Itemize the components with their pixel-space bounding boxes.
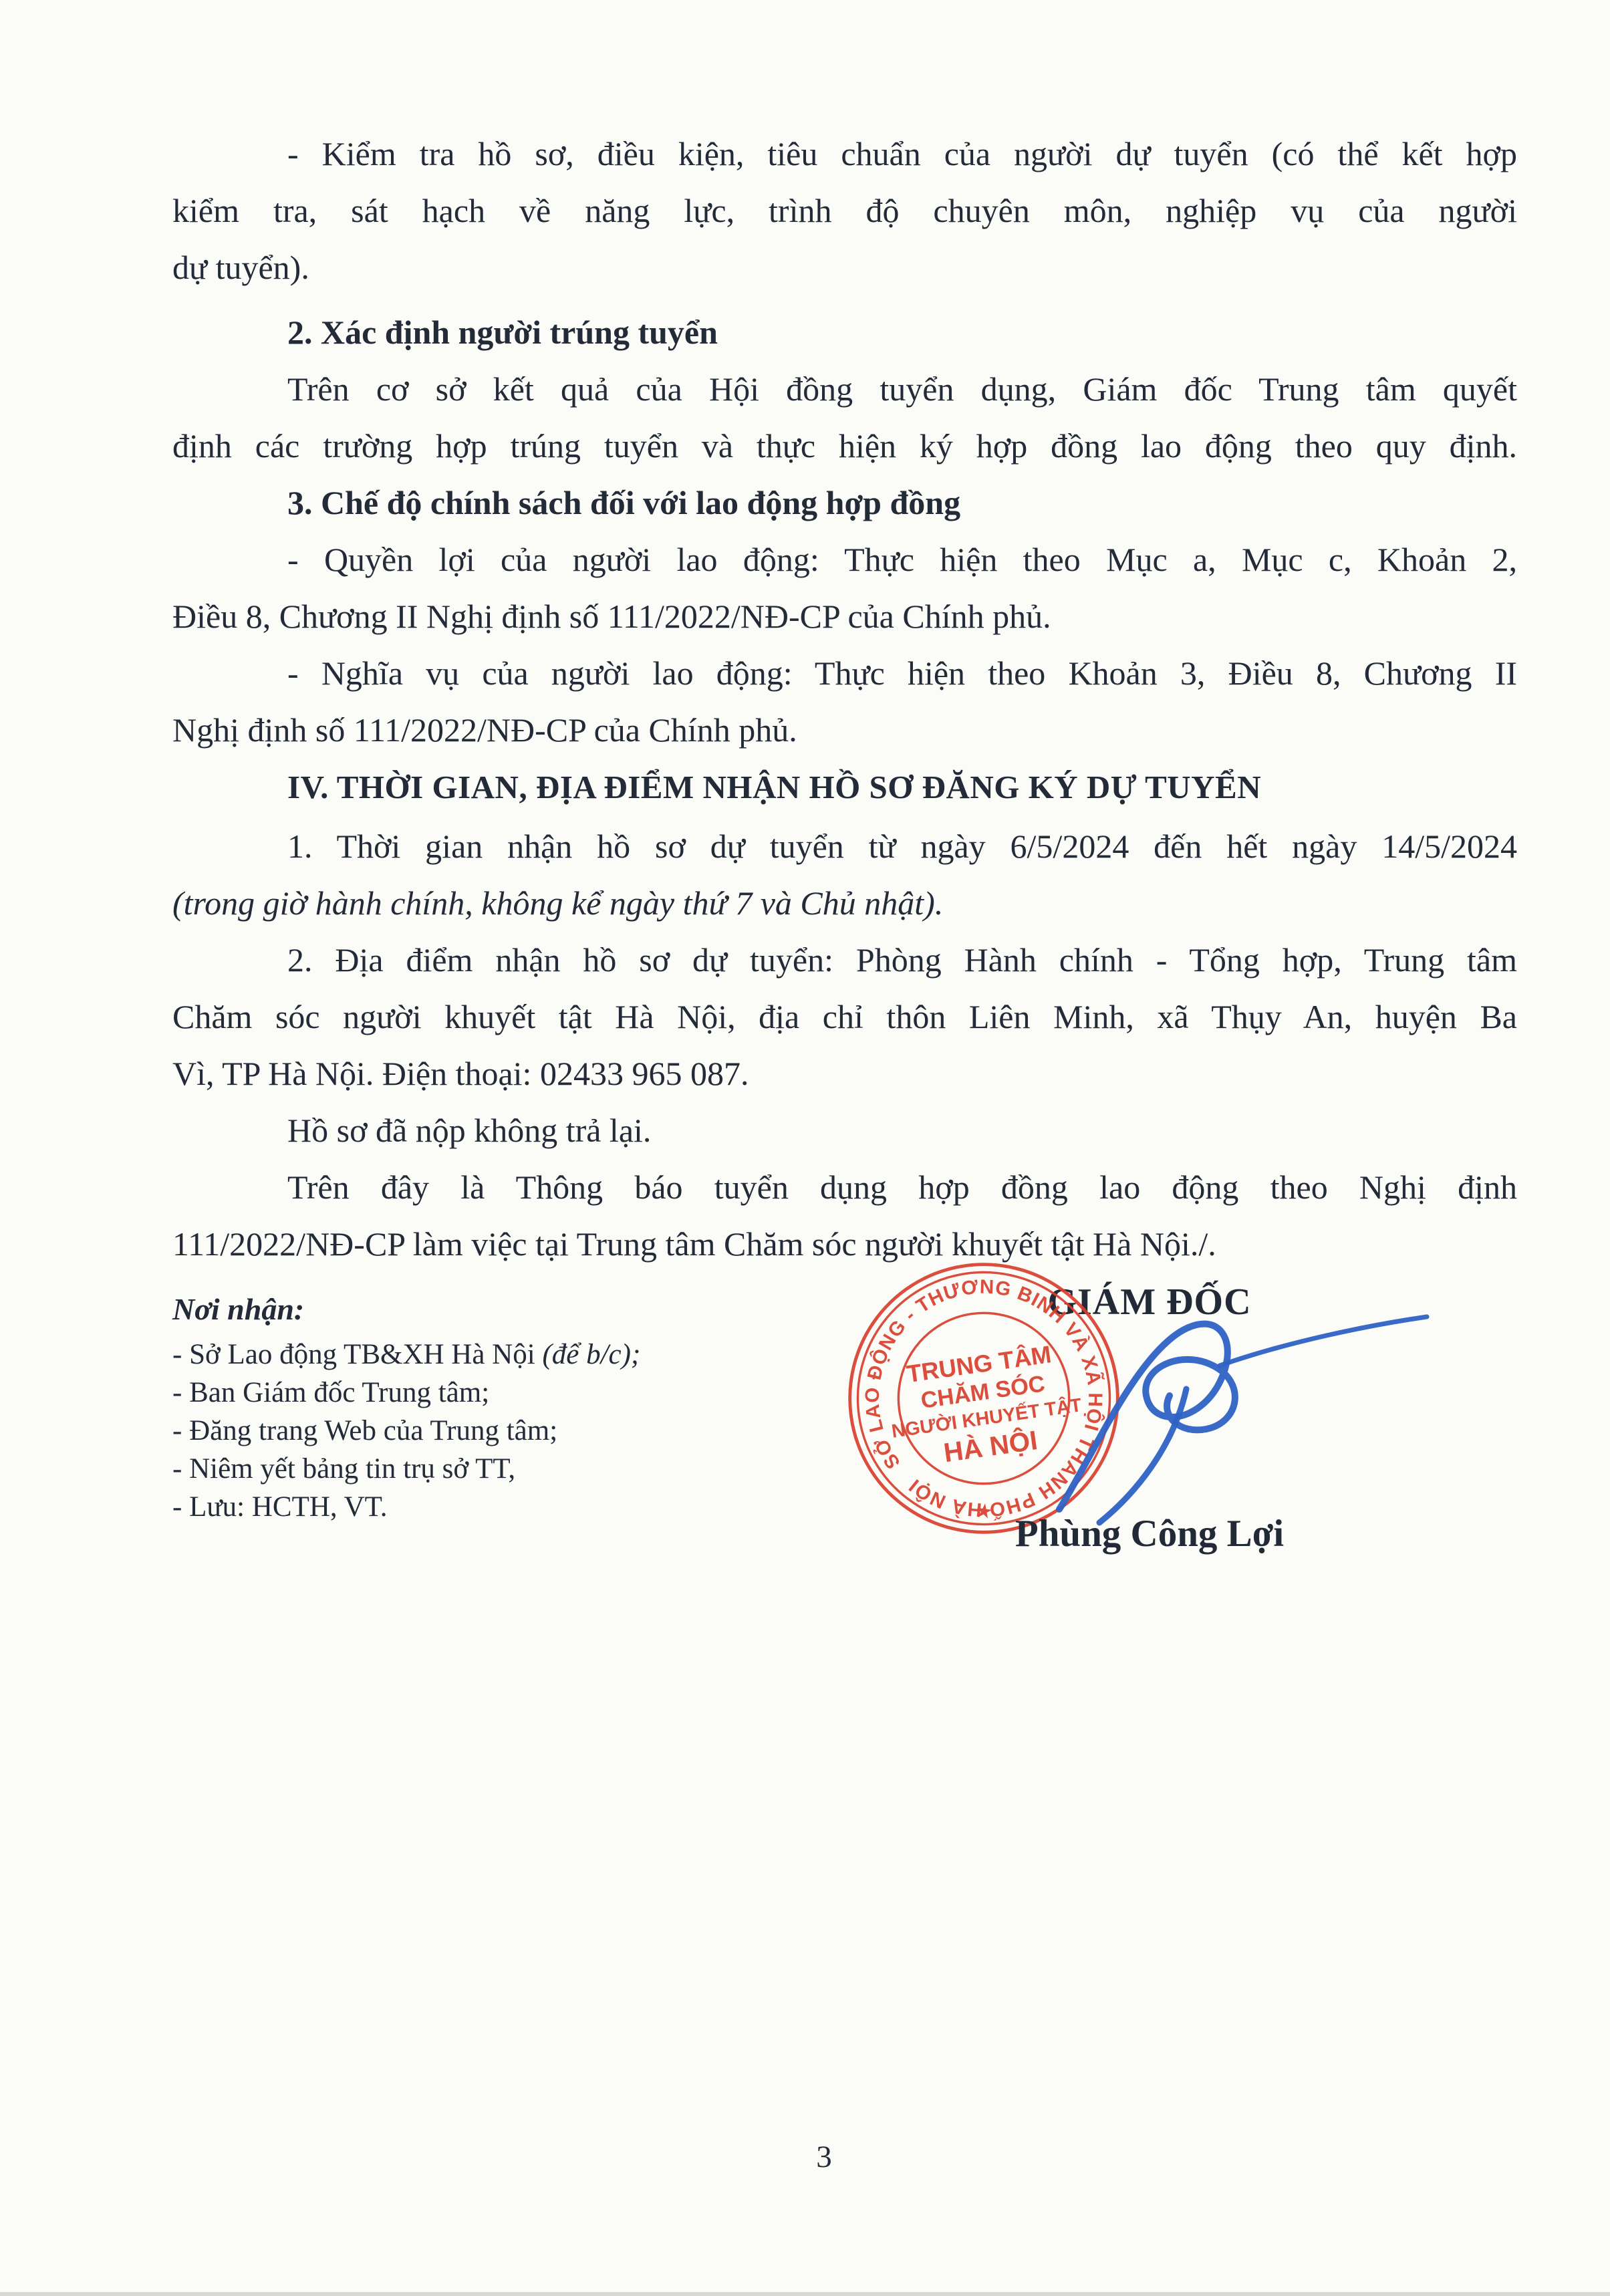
signature-stroke-main bbox=[1059, 1324, 1235, 1509]
page-number: 3 bbox=[757, 2139, 891, 2175]
paragraph-location: 2. Địa điểm nhận hồ sơ dự tuyển: Phòng H… bbox=[172, 932, 1517, 1102]
heading-line: 3. Chế độ chính sách đối với lao động hợ… bbox=[172, 475, 1517, 531]
recipient-item: - Sở Lao động TB&XH Hà Nội (để b/c); bbox=[172, 1335, 774, 1374]
paragraph-worker-obligations: - Nghĩa vụ của người lao động: Thực hiện… bbox=[172, 645, 1517, 759]
section-heading-2: 2. Xác định người trúng tuyển bbox=[172, 304, 1517, 361]
paragraph-line: - Quyền lợi của người lao động: Thực hiệ… bbox=[172, 531, 1517, 588]
scan-edge-artifact bbox=[0, 2292, 1610, 2296]
paragraph-line: Hồ sơ đã nộp không trả lại. bbox=[172, 1102, 1517, 1159]
paragraph-winner-determination: Trên cơ sở kết quả của Hội đồng tuyển dụ… bbox=[172, 361, 1517, 475]
paragraph-line: Chăm sóc người khuyết tật Hà Nội, địa ch… bbox=[172, 989, 1517, 1045]
recipient-item: - Niêm yết bảng tin trụ sở TT, bbox=[172, 1450, 774, 1488]
paragraph-line: 1. Thời gian nhận hồ sơ dự tuyển từ ngày… bbox=[172, 818, 1517, 875]
paragraph-line: Trên cơ sở kết quả của Hội đồng tuyển dụ… bbox=[172, 361, 1517, 418]
paragraph-line: Trên đây là Thông báo tuyển dụng hợp đồn… bbox=[172, 1159, 1517, 1216]
paragraph-line: Điều 8, Chương II Nghị định số 111/2022/… bbox=[172, 588, 1517, 645]
section-heading-4: IV. THỜI GIAN, ĐỊA ĐIỂM NHẬN HỒ SƠ ĐĂNG … bbox=[172, 759, 1517, 815]
paragraph-time: 1. Thời gian nhận hồ sơ dự tuyển từ ngày… bbox=[172, 818, 1517, 932]
paragraph-no-return: Hồ sơ đã nộp không trả lại. bbox=[172, 1102, 1517, 1159]
recipient-note: (để b/c); bbox=[542, 1339, 640, 1370]
recipient-item: - Lưu: HCTH, VT. bbox=[172, 1488, 774, 1526]
document-body: - Kiểm tra hồ sơ, điều kiện, tiêu chuẩn … bbox=[172, 126, 1517, 1273]
signature-stroke-flourish bbox=[1220, 1317, 1427, 1366]
paragraph-check-dossier: - Kiểm tra hồ sơ, điều kiện, tiêu chuẩn … bbox=[172, 126, 1517, 296]
paragraph-line: - Kiểm tra hồ sơ, điều kiện, tiêu chuẩn … bbox=[172, 126, 1517, 182]
recipient-item: - Ban Giám đốc Trung tâm; bbox=[172, 1374, 774, 1412]
recipient-item: - Đăng trang Web của Trung tâm; bbox=[172, 1412, 774, 1450]
heading-line: 2. Xác định người trúng tuyển bbox=[172, 304, 1517, 361]
heading-line: IV. THỜI GIAN, ĐỊA ĐIỂM NHẬN HỒ SƠ ĐĂNG … bbox=[172, 759, 1517, 815]
paragraph-line: Nghị định số 111/2022/NĐ-CP của Chính ph… bbox=[172, 702, 1517, 759]
paragraph-closing: Trên đây là Thông báo tuyển dụng hợp đồn… bbox=[172, 1159, 1517, 1273]
paragraph-line: 111/2022/NĐ-CP làm việc tại Trung tâm Ch… bbox=[172, 1216, 1517, 1273]
scanned-document-page: - Kiểm tra hồ sơ, điều kiện, tiêu chuẩn … bbox=[0, 0, 1610, 2296]
recipient-text: - Sở Lao động TB&XH Hà Nội bbox=[172, 1339, 542, 1370]
paragraph-line-italic: (trong giờ hành chính, không kể ngày thứ… bbox=[172, 875, 1517, 932]
paragraph-line: kiểm tra, sát hạch về năng lực, trình độ… bbox=[172, 182, 1517, 239]
recipients-block: Nơi nhận: - Sở Lao động TB&XH Hà Nội (để… bbox=[172, 1289, 774, 1526]
paragraph-line: - Nghĩa vụ của người lao động: Thực hiện… bbox=[172, 645, 1517, 702]
recipients-heading: Nơi nhận: bbox=[172, 1289, 774, 1330]
section-heading-3: 3. Chế độ chính sách đối với lao động hợ… bbox=[172, 475, 1517, 531]
paragraph-line: 2. Địa điểm nhận hồ sơ dự tuyển: Phòng H… bbox=[172, 932, 1517, 989]
signer-name: Phùng Công Lợi bbox=[869, 1512, 1430, 1555]
paragraph-line: Vì, TP Hà Nội. Điện thoại: 02433 965 087… bbox=[172, 1045, 1517, 1102]
paragraph-line: định các trường hợp trúng tuyển và thực … bbox=[172, 418, 1517, 475]
paragraph-line: dự tuyển). bbox=[172, 239, 1517, 296]
paragraph-worker-rights: - Quyền lợi của người lao động: Thực hiệ… bbox=[172, 531, 1517, 645]
